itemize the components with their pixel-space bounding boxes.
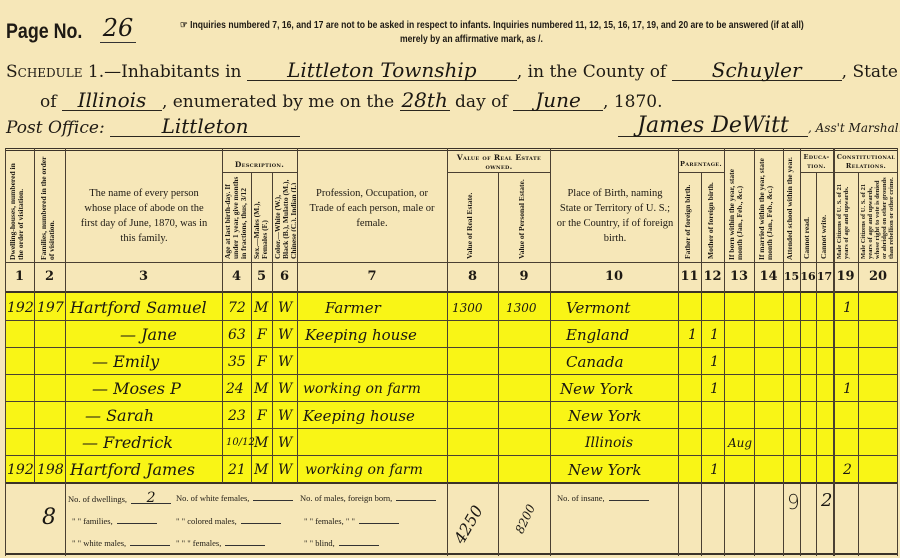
col16-total: 9	[787, 490, 800, 514]
person-name: — Jane	[120, 320, 177, 347]
col15-header: Attended school within the year.	[786, 152, 798, 260]
person-name: Hartford James	[70, 455, 195, 482]
page-number-label: Page No.	[6, 20, 82, 44]
col-number: 19	[833, 264, 858, 290]
col-number: 15	[783, 264, 800, 290]
mother-foreign-mark: 1	[710, 374, 719, 401]
family-number: 198	[37, 455, 64, 482]
tally-dwellings: 8	[42, 505, 56, 530]
mother-foreign-mark: 1	[710, 320, 719, 347]
occupation: working on farm	[305, 455, 423, 482]
description-group-header: Description.	[222, 160, 297, 169]
county-label: , in the County of	[517, 62, 666, 82]
table-row: — Fredrick 10/12 M W Illinois Aug	[0, 428, 900, 455]
col4-header: Age at last birth-day. If under 1 year, …	[224, 175, 250, 259]
schedule-line: Schedule 1.—Inhabitants in Littleton Tow…	[6, 60, 898, 82]
family-number: 197	[37, 293, 64, 320]
col16-header: Cannot read.	[803, 175, 813, 259]
father-foreign-mark: 1	[688, 320, 697, 347]
instruction-line-2: merely by an affirmative mark, as /.	[400, 34, 543, 45]
citizen-mark: 2	[843, 455, 852, 482]
constitutional-group-header: Constitutional Relations.	[835, 153, 897, 171]
county-field: Schuyler	[672, 60, 842, 81]
post-office-line: Post Office: Littleton	[6, 116, 300, 138]
age: 72	[228, 293, 246, 320]
group-rule	[222, 172, 297, 173]
table-row: 192 197 Hartford Samuel 72 M W Farmer 13…	[0, 293, 900, 320]
sex: F	[257, 401, 267, 428]
col12-header: Mother of foreign birth.	[707, 175, 719, 259]
parentage-group-header: Parentage.	[678, 160, 724, 169]
personal-estate-value: 1300	[506, 293, 537, 320]
age: 21	[228, 455, 246, 482]
age: 24	[226, 374, 244, 401]
born-month: Aug	[728, 428, 752, 455]
occupation: working on farm	[303, 374, 421, 401]
color: W	[278, 320, 292, 347]
table-row: — Jane 63 F W Keeping house England 1 1	[0, 320, 900, 347]
table-row: — Sarah 23 F W Keeping house New York	[0, 401, 900, 428]
footer-bottom-rule	[5, 553, 898, 555]
day-field: 28th	[400, 90, 450, 111]
color: W	[278, 374, 292, 401]
data-bottom-rule	[5, 482, 898, 484]
of-label: of	[40, 92, 57, 112]
footer-foreign-males: No. of males, foreign born,	[300, 493, 436, 503]
birthplace: New York	[560, 374, 634, 401]
birthplace: Vermont	[566, 293, 630, 320]
col1-header: Dwelling-houses, numbered in the order o…	[9, 152, 31, 260]
sex: F	[257, 347, 267, 374]
state-label: , State	[842, 62, 898, 82]
col-number: 1	[5, 264, 34, 290]
birthplace: New York	[568, 455, 642, 482]
col-number: 20	[858, 264, 898, 290]
col-number: 10	[550, 264, 678, 290]
mother-foreign-mark: 1	[710, 347, 719, 374]
person-name: Hartford Samuel	[70, 293, 207, 320]
footer-families: " " families,	[72, 516, 157, 526]
col-number: 9	[498, 264, 550, 290]
birthplace: Canada	[566, 347, 624, 374]
col14-header: If married within the year, state month …	[758, 152, 780, 260]
schedule-label: Schedule 1.	[6, 62, 104, 82]
marshal-signature: James DeWitt	[618, 116, 808, 137]
color: W	[278, 428, 292, 455]
day-of-label: day of	[455, 92, 508, 112]
col19-header: Male Citizens of U. S. of 21 years of ag…	[836, 175, 857, 259]
age: 10/12	[226, 428, 255, 455]
education-group-header: Educa-tion.	[800, 153, 833, 171]
color: W	[278, 455, 292, 482]
col-number: 8	[447, 264, 498, 290]
col-number: 12	[701, 264, 724, 290]
enumeration-line: of Illinois, enumerated by me on the 28t…	[40, 90, 663, 112]
township-field: Littleton Township	[247, 60, 517, 81]
col7-header: Profession, Occupation, or Trade of each…	[307, 186, 437, 231]
footer-white-females: No. of white females,	[176, 493, 293, 503]
col-number: 14	[754, 264, 783, 290]
dwelling-number: 192	[7, 293, 34, 320]
table-row: 192 198 Hartford James 21 M W working on…	[0, 455, 900, 482]
age: 63	[228, 320, 246, 347]
footer-blind: " " blind,	[304, 538, 379, 548]
inhabitants-label: —Inhabitants in	[104, 62, 241, 82]
col20-header: Male Citizens of U. S. of 21 years of ag…	[860, 175, 896, 259]
color: W	[278, 293, 292, 320]
page-number-value: 26	[100, 14, 136, 43]
birthplace: England	[566, 320, 629, 347]
col17-header: Cannot write.	[820, 175, 830, 259]
col-number: 3	[65, 264, 222, 290]
month-field: June	[513, 90, 603, 111]
col10-header: Place of Birth, naming State or Territor…	[556, 186, 674, 246]
col-number: 4	[222, 264, 251, 290]
birthplace: Illinois	[585, 428, 633, 455]
post-office-field: Littleton	[110, 116, 300, 137]
footer-colored-females: " " " females,	[176, 538, 265, 548]
col6-header: Color.—White (W.), Black (B.), Mulatto (…	[274, 175, 296, 259]
group-rule	[833, 172, 898, 173]
footer-insane: No. of insane,	[557, 493, 649, 503]
col-number: 2	[34, 264, 65, 290]
real-estate-group-header: Value of Real Estate owned.	[449, 153, 549, 171]
col-number: 7	[297, 264, 447, 290]
marshal-label: , Ass't Marshal.	[808, 121, 900, 135]
birthplace: New York	[568, 401, 642, 428]
sex: M	[254, 293, 268, 320]
col-number: 11	[678, 264, 701, 290]
occupation: Farmer	[325, 293, 381, 320]
col-number: 5	[251, 264, 272, 290]
sex: M	[254, 455, 268, 482]
col-number: 6	[272, 264, 297, 290]
col3-header: The name of every person whose place of …	[75, 186, 213, 246]
col8-header: Value of Real Estate.	[466, 175, 480, 259]
instruction-line-1: ☞ Inquiries numbered 7, 16, and 17 are n…	[180, 20, 804, 31]
col-number: 13	[724, 264, 754, 290]
real-estate-value: 1300	[452, 293, 483, 320]
person-name: — Emily	[92, 347, 159, 374]
table-row: — Moses P 24 M W working on farm New Yor…	[0, 374, 900, 401]
sex: M	[254, 428, 268, 455]
col13-header: If born within the year, state month (Ja…	[728, 152, 750, 260]
year-label: , 1870.	[603, 92, 662, 112]
person-name: — Fredrick	[82, 428, 173, 455]
footer-dwellings: No. of dwellings,2	[68, 493, 171, 504]
marshal-line: James DeWitt, Ass't Marshal.	[618, 116, 900, 137]
col5-header: Sex.—Males (M.), Females (F.)	[253, 175, 271, 259]
sex: M	[254, 374, 268, 401]
person-name: — Moses P	[92, 374, 181, 401]
col11-header: Father of foreign birth.	[684, 175, 696, 259]
dwellings-count: 2	[131, 493, 171, 504]
footer-white-males: " " white males,	[72, 538, 170, 548]
header-bottom-rule	[5, 262, 898, 263]
citizen-mark: 1	[843, 293, 852, 320]
color: W	[278, 401, 292, 428]
mother-foreign-mark: 1	[710, 455, 719, 482]
dwelling-number: 192	[7, 455, 34, 482]
citizen-mark: 1	[843, 374, 852, 401]
col9-header: Value of Personal Estate.	[518, 175, 532, 259]
col2-header: Families, numbered in the order of visit…	[40, 152, 62, 260]
person-name: — Sarah	[85, 401, 154, 428]
sex: F	[257, 320, 267, 347]
col-number: 17	[816, 264, 833, 290]
footer-colored-males: " " colored males,	[176, 516, 281, 526]
age: 35	[228, 347, 246, 374]
enumerated-label: , enumerated by me on the	[162, 92, 394, 112]
age: 23	[228, 401, 246, 428]
occupation: Keeping house	[305, 320, 417, 347]
col17-total: 2	[821, 490, 832, 511]
occupation: Keeping house	[303, 401, 415, 428]
col-number: 16	[800, 264, 816, 290]
state-field: Illinois	[62, 90, 162, 111]
post-office-label: Post Office:	[6, 118, 105, 138]
color: W	[278, 347, 292, 374]
footer-foreign-females: " " females, " "	[304, 516, 399, 526]
table-row: — Emily 35 F W Canada 1	[0, 347, 900, 374]
